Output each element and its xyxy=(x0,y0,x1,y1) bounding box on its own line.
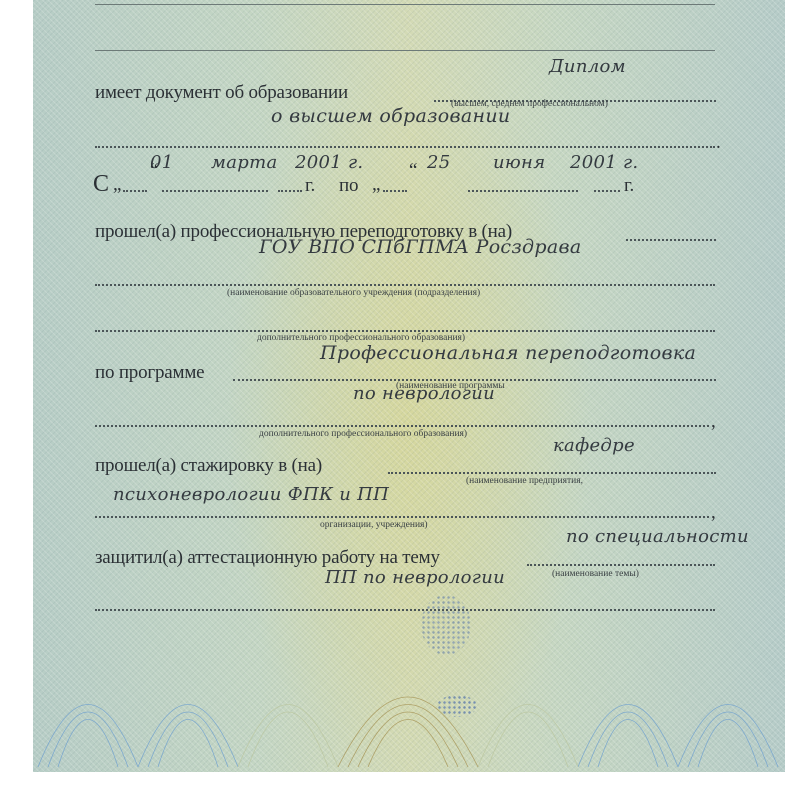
internship-value-line2: психоневрологии ФПК и ПП xyxy=(113,484,389,505)
internship-hint2: организации, учреждения) xyxy=(320,520,428,530)
period-to-month: июня xyxy=(493,152,545,173)
internship-value-line1: кафедре xyxy=(553,435,635,456)
retraining-fill-line xyxy=(626,239,716,241)
period-to-label: по xyxy=(339,175,358,197)
retraining-fill-line-3 xyxy=(95,330,715,332)
internship-label: прошел(а) стажировку в (на) xyxy=(95,455,322,477)
education-trailing-punct: . xyxy=(716,132,721,154)
internship-hint1: (наименование предприятия, xyxy=(466,476,583,486)
period-from-year-line xyxy=(278,190,302,192)
internship-trailing-punct: , xyxy=(711,502,716,524)
period-to-day-line xyxy=(383,190,407,192)
program-value-line1: Профессиональная переподготовка xyxy=(320,342,696,364)
stamp-mark xyxy=(421,595,471,655)
period-close-quote-1: “ xyxy=(150,160,158,182)
period-to-month-line xyxy=(468,190,578,192)
program-hint2: дополнительного профессионального образо… xyxy=(259,429,467,439)
education-fill-line-2 xyxy=(95,146,715,148)
internship-fill-line xyxy=(388,472,716,474)
period-to-day: 25 xyxy=(427,152,451,173)
education-value-line1: Диплом xyxy=(549,56,626,77)
thesis-fill-line-2 xyxy=(95,609,715,611)
program-label: по программе xyxy=(95,362,204,384)
retraining-fill-line-2 xyxy=(95,284,715,286)
thesis-value-line2: ПП по неврологии xyxy=(325,567,505,588)
thesis-label: защитил(а) аттестационную работу на тему xyxy=(95,547,440,569)
period-from-day-line xyxy=(123,190,147,192)
education-hint: (высшем, среднем профессиональном) xyxy=(451,99,608,109)
period-year-suffix-2: г. xyxy=(624,175,634,197)
period-from-month: марта xyxy=(211,152,277,173)
thesis-hint: (наименование темы) xyxy=(552,569,639,579)
period-to-year-line xyxy=(594,190,620,192)
internship-fill-line-2 xyxy=(95,516,709,518)
top-rule-2 xyxy=(95,50,715,51)
period-from-year: 2001 г. xyxy=(295,152,363,173)
retraining-value: ГОУ ВПО СПбГПМА Росздрава xyxy=(259,236,581,258)
top-rule-1 xyxy=(95,4,715,5)
thesis-value-line1: по специальности xyxy=(566,526,749,547)
period-to-year: 2001 г. xyxy=(570,152,638,173)
period-prefix: С xyxy=(93,171,109,198)
retraining-hint1: (наименование образовательного учреждени… xyxy=(227,288,480,298)
program-trailing-punct: , xyxy=(711,411,716,433)
thesis-fill-line xyxy=(527,564,715,566)
program-hint1: (наименование программы xyxy=(396,381,505,391)
period-from-month-line xyxy=(162,190,268,192)
period-close-quote-2: “ xyxy=(409,160,417,182)
period-open-quote-1: „ xyxy=(113,174,121,196)
period-year-suffix-1: г. xyxy=(305,175,315,197)
program-fill-line-2 xyxy=(95,425,709,427)
period-open-quote-2: „ xyxy=(372,174,380,196)
education-label: имеет документ об образовании xyxy=(95,82,348,104)
guilloche-border-icon xyxy=(33,652,785,772)
diploma-page: Диплом имеет документ об образовании о в… xyxy=(33,0,785,772)
